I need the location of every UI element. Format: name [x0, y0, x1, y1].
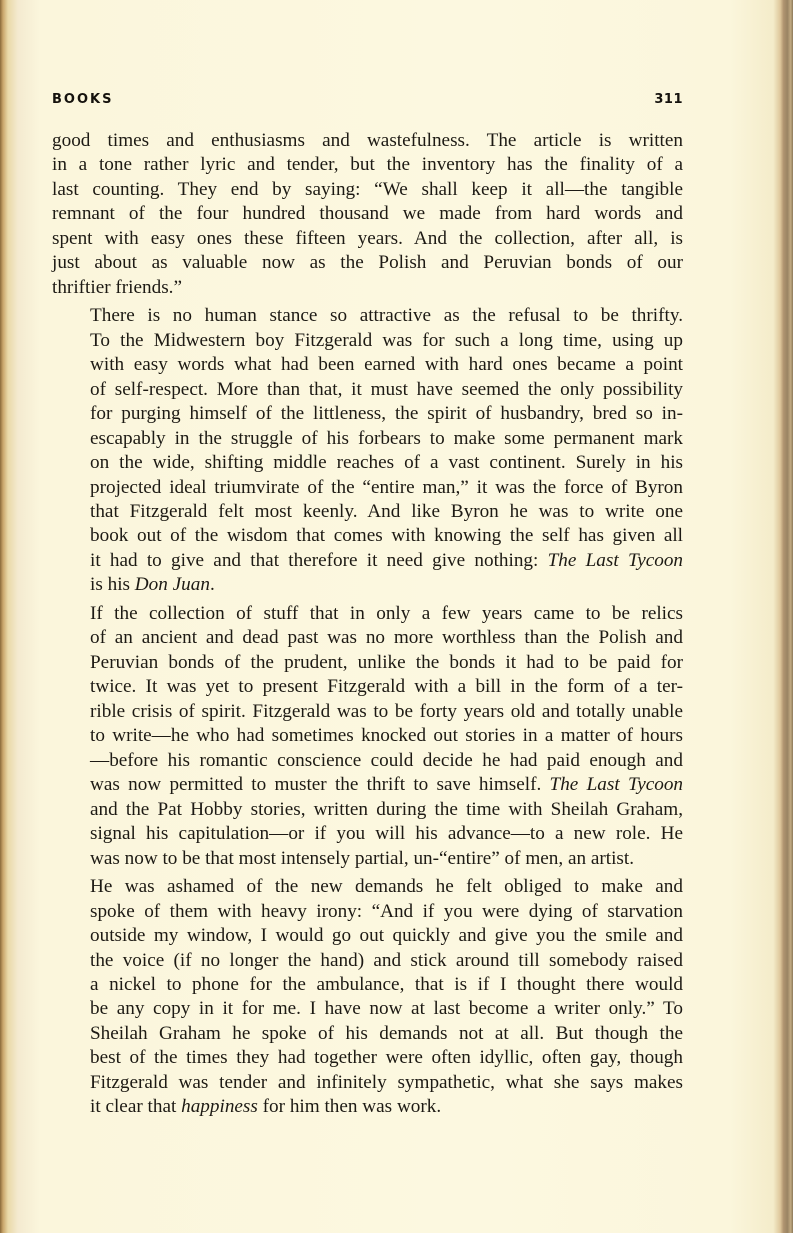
text-line: spoke of them with heavy irony: “And if … [52, 900, 683, 924]
text-segment: was now permitted to muster the thrift t… [90, 774, 550, 795]
text-line: of self-respect. More than that, it must… [52, 378, 683, 402]
text-line: that Fitzgerald felt most keenly. And li… [52, 500, 683, 524]
text-segment: . [210, 574, 215, 595]
text-line: was now permitted to muster the thrift t… [52, 773, 683, 797]
text-line: a nickel to phone for the ambulance, tha… [52, 973, 683, 997]
text-line: last counting. They end by saying: “We s… [52, 178, 683, 202]
text-line: escapably in the struggle of his forbear… [52, 427, 683, 451]
text-line: best of the times they had together were… [52, 1046, 683, 1070]
text-line: it had to give and that therefore it nee… [52, 549, 683, 573]
paragraph-1: good times and enthusiasms and wastefuln… [52, 129, 683, 300]
text-segment: it had to give and that therefore it nee… [90, 550, 548, 571]
text-segment: it clear that [90, 1096, 181, 1117]
book-title: The Last Tycoon [548, 550, 683, 571]
text-line: To the Midwestern boy Fitzgerald was for… [52, 329, 683, 353]
text-segment: is his [90, 574, 135, 595]
book-page: BOOKS 311 good times and enthusiasms and… [0, 0, 793, 1233]
text-line: —before his romantic conscience could de… [52, 749, 683, 773]
text-line: it clear that happiness for him then was… [52, 1095, 683, 1119]
text-line: to write—he who had sometimes knocked ou… [52, 724, 683, 748]
text-line: twice. It was yet to present Fitzgerald … [52, 675, 683, 699]
text-line: is his Don Juan. [52, 573, 683, 597]
book-title: Don Juan [135, 574, 210, 595]
text-line: just about as valuable now as the Polish… [52, 251, 683, 275]
section-title: BOOKS [52, 92, 113, 107]
paragraph-2: There is no human stance so attractive a… [52, 304, 683, 597]
text-line: signal his capitulation—or if you will h… [52, 822, 683, 846]
text-line: Fitzgerald was tender and infinitely sym… [52, 1071, 683, 1095]
text-line: be any copy in it for me. I have now at … [52, 997, 683, 1021]
text-line: spent with easy ones these fifteen years… [52, 227, 683, 251]
text-line: thriftier friends.” [52, 276, 683, 300]
text-line: Peruvian bonds of the prudent, unlike th… [52, 651, 683, 675]
text-line: in a tone rather lyric and tender, but t… [52, 153, 683, 177]
text-line: outside my window, I would go out quickl… [52, 924, 683, 948]
text-line: of an ancient and dead past was no more … [52, 626, 683, 650]
paragraph-4: He was ashamed of the new demands he fel… [52, 875, 683, 1120]
text-line: and the Pat Hobby stories, written durin… [52, 798, 683, 822]
text-line: Sheilah Graham he spoke of his demands n… [52, 1022, 683, 1046]
text-line: with easy words what had been earned wit… [52, 353, 683, 377]
text-line: good times and enthusiasms and wastefuln… [52, 129, 683, 153]
text-line: remnant of the four hundred thousand we … [52, 202, 683, 226]
running-head: BOOKS 311 [52, 88, 683, 110]
text-line: book out of the wisdom that comes with k… [52, 524, 683, 548]
emphasis: happiness [181, 1096, 258, 1117]
book-title: The Last Tycoon [550, 774, 683, 795]
text-line: was now to be that most intensely partia… [52, 847, 683, 871]
text-line: the voice (if no longer the hand) and st… [52, 949, 683, 973]
text-line: for purging himself of the littleness, t… [52, 402, 683, 426]
text-line: There is no human stance so attractive a… [52, 304, 683, 328]
text-line: rible crisis of spirit. Fitzgerald was t… [52, 700, 683, 724]
body-text: good times and enthusiasms and wastefuln… [52, 129, 683, 1120]
text-line: projected ideal triumvirate of the “enti… [52, 476, 683, 500]
text-line: If the collection of stuff that in only … [52, 602, 683, 626]
page-number: 311 [654, 92, 683, 107]
text-segment: for him then was work. [258, 1096, 441, 1117]
paragraph-3: If the collection of stuff that in only … [52, 602, 683, 871]
text-line: He was ashamed of the new demands he fel… [52, 875, 683, 899]
text-line: on the wide, shifting middle reaches of … [52, 451, 683, 475]
